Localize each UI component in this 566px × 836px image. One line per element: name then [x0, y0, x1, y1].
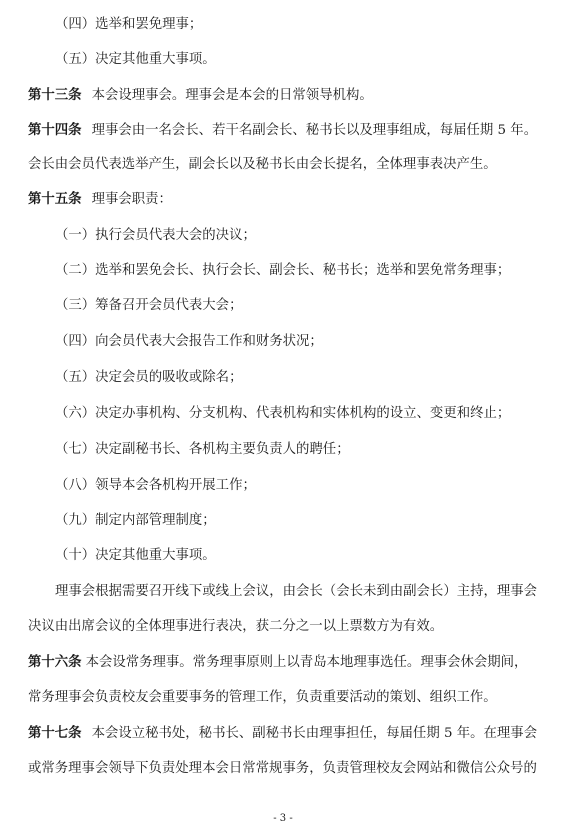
item-text: （八）领导本会各机构开展工作；	[55, 478, 256, 493]
item-text: （五）决定会员的吸收或除名；	[55, 370, 242, 385]
list-item: （四）选举和罢免理事；	[0, 16, 566, 34]
list-item: （六）决定办事机构、分支机构、代表机构和实体机构的设立、变更和终止；	[0, 405, 566, 423]
article-17: 第十七条本会设立秘书处，秘书长、副秘书长由理事担任，每届任期 5 年。在理事会	[0, 724, 566, 743]
list-item: （十）决定其他重大事项。	[0, 547, 566, 565]
item-text: （六）决定办事机构、分支机构、代表机构和实体机构的设立、变更和终止；	[55, 406, 510, 421]
item-text: （二）选举和罢免会长、执行会长、副会长、秘书长；选举和罢免常务理事；	[55, 263, 510, 278]
item-text: （七）决定副秘书长、各机构主要负责人的聘任；	[55, 442, 350, 457]
paragraph-line: 决议由出席会议的全体理事进行表决，获二分之一以上票数方为有效。	[0, 618, 566, 636]
list-item: （一）执行会员代表大会的决议；	[0, 227, 566, 245]
article-text: 本会设立秘书处，秘书长、副秘书长由理事担任，每届任期 5 年。在理事会	[92, 726, 538, 741]
paragraph-line: 理事会根据需要召开线下或线上会议，由会长（会长未到由副会长）主持，理事会	[0, 583, 566, 601]
list-item: （五）决定会员的吸收或除名；	[0, 369, 566, 387]
body-text: 常务理事会负责校友会重要事务的管理工作，负责重要活动的策划、组织工作。	[28, 690, 497, 705]
article-label: 第十三条	[28, 87, 82, 103]
page-number: - 3 -	[0, 813, 566, 824]
article-13: 第十三条本会设理事会。理事会是本会的日常领导机构。	[0, 86, 566, 105]
article-label: 第十五条	[28, 191, 82, 207]
list-item: （九）制定内部管理制度；	[0, 512, 566, 530]
article-14: 第十四条理事会由一名会长、若干名副会长、秘书长以及理事组成，每届任期 5 年。	[0, 121, 566, 140]
paragraph-line: 会长由会员代表选举产生，副会长以及秘书长由会长提名，全体理事表决产生。	[0, 156, 566, 174]
item-text: （十）决定其他重大事项。	[55, 548, 216, 563]
item-text: （四）向会员代表大会报告工作和财务状况；	[55, 334, 323, 349]
body-text: 理事会根据需要召开线下或线上会议，由会长（会长未到由副会长）主持，理事会	[55, 584, 537, 599]
body-text: 或常务理事会领导下负责处理本会日常常规事务，负责管理校友会网站和微信公众号的	[28, 761, 537, 776]
article-text: 本会设常务理事。常务理事原则上以青岛本地理事选任。理事会休会期间，	[86, 655, 528, 670]
list-item: （二）选举和罢免会长、执行会长、副会长、秘书长；选举和罢免常务理事；	[0, 262, 566, 280]
article-text: 理事会职责：	[92, 192, 172, 207]
item-text: （四）选举和罢免理事；	[55, 17, 202, 32]
paragraph-line: 常务理事会负责校友会重要事务的管理工作，负责重要活动的策划、组织工作。	[0, 689, 566, 707]
article-15: 第十五条理事会职责：	[0, 190, 566, 209]
item-text: （三）筹备召开会员代表大会；	[55, 298, 242, 313]
item-text: （九）制定内部管理制度；	[55, 513, 216, 528]
list-item: （五）决定其他重大事项。	[0, 51, 566, 69]
article-label: 第十七条	[28, 725, 82, 741]
article-label: 第十四条	[28, 122, 82, 138]
body-text: 会长由会员代表选举产生，副会长以及秘书长由会长提名，全体理事表决产生。	[28, 157, 497, 172]
paragraph-line: 或常务理事会领导下负责处理本会日常常规事务，负责管理校友会网站和微信公众号的	[0, 760, 566, 778]
list-item: （八）领导本会各机构开展工作；	[0, 477, 566, 495]
article-16: 第十六条本会设常务理事。常务理事原则上以青岛本地理事选任。理事会休会期间，	[0, 653, 566, 672]
list-item: （七）决定副秘书长、各机构主要负责人的聘任；	[0, 441, 566, 459]
body-text: 决议由出席会议的全体理事进行表决，获二分之一以上票数方为有效。	[28, 619, 443, 634]
article-text: 理事会由一名会长、若干名副会长、秘书长以及理事组成，每届任期 5 年。	[92, 123, 538, 138]
list-item: （四）向会员代表大会报告工作和财务状况；	[0, 333, 566, 351]
item-text: （一）执行会员代表大会的决议；	[55, 228, 256, 243]
item-text: （五）决定其他重大事项。	[55, 52, 216, 67]
list-item: （三）筹备召开会员代表大会；	[0, 297, 566, 315]
article-text: 本会设理事会。理事会是本会的日常领导机构。	[92, 88, 373, 103]
article-label: 第十六条	[28, 654, 82, 670]
